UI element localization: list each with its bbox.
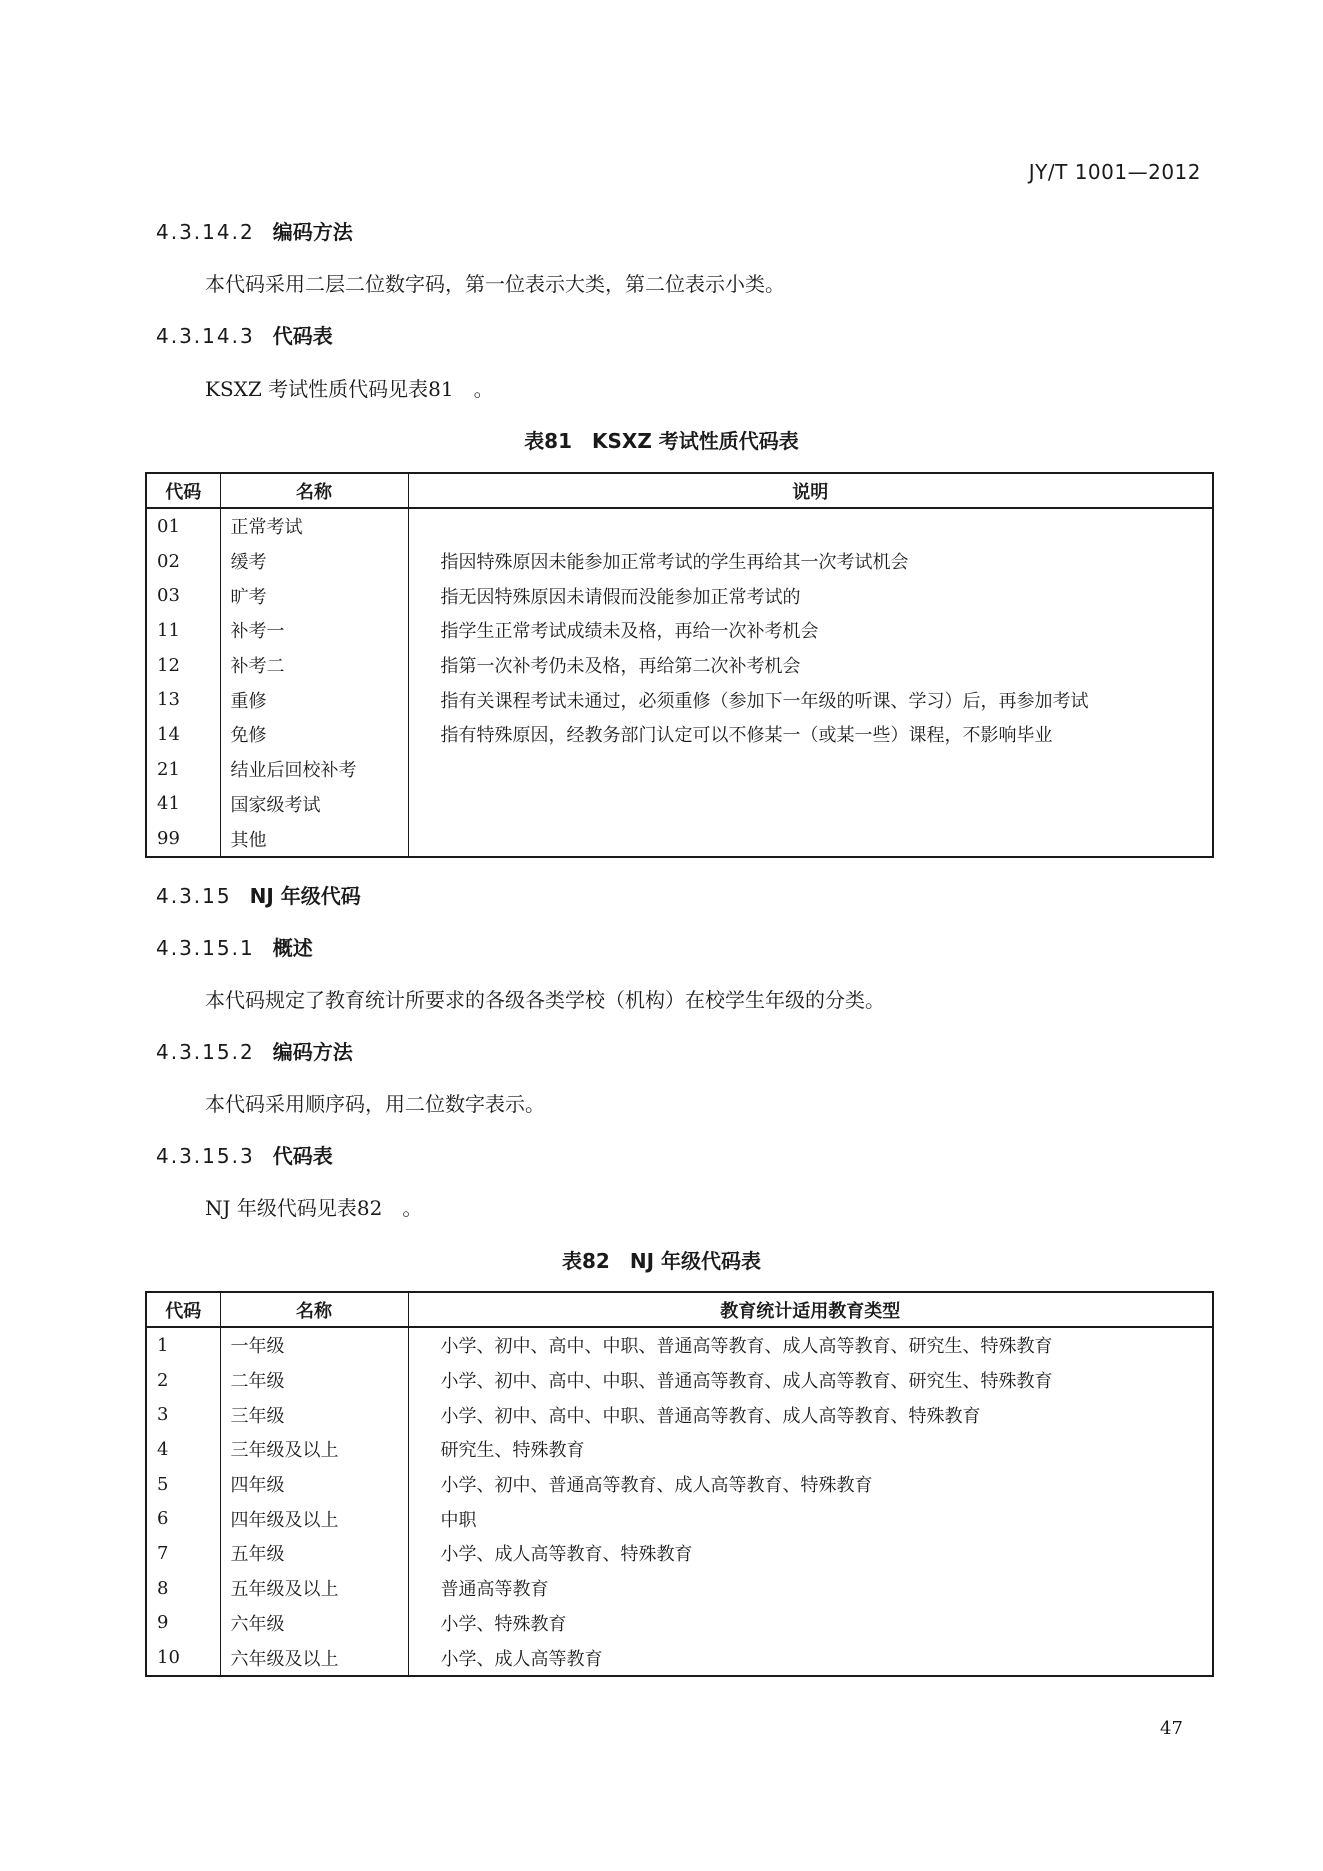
cell-name: 五年级及以上 <box>220 1571 408 1606</box>
paragraph: NJ 年级代码见表82 。 <box>205 1192 422 1221</box>
section-title: 编码方法 <box>273 1040 353 1064</box>
cell-desc: 小学、成人高等教育 <box>408 1640 1213 1676</box>
section-title: 代码表 <box>273 1144 333 1168</box>
cell-code: 21 <box>146 752 220 787</box>
section-title: 编码方法 <box>273 220 353 244</box>
paragraph: 本代码规定了教育统计所要求的各级各类学校（机构）在校学生年级的分类。 <box>205 984 885 1013</box>
section-title: NJ 年级代码 <box>250 884 361 908</box>
cell-desc <box>408 508 1213 544</box>
section-title: 概述 <box>273 936 313 960</box>
cell-code: 99 <box>146 821 220 857</box>
standard-code: JY/T 1001—2012 <box>1029 160 1201 184</box>
column-header-name: 名称 <box>220 1292 408 1327</box>
cell-code: 13 <box>146 682 220 717</box>
cell-name: 免修 <box>220 717 408 752</box>
cell-name: 旷考 <box>220 578 408 613</box>
table-row: 7五年级小学、成人高等教育、特殊教育 <box>146 1536 1213 1571</box>
table-row: 13重修指有关课程考试未通过，必须重修（参加下一年级的听课、学习）后，再参加考试 <box>146 682 1213 717</box>
table-row: 02缓考指因特殊原因未能参加正常考试的学生再给其一次考试机会 <box>146 544 1213 579</box>
section-heading-4-3-14-2: 4.3.14.2编码方法 <box>156 216 353 245</box>
paragraph: KSXZ 考试性质代码见表81 。 <box>205 373 494 402</box>
table-row: 11补考一指学生正常考试成绩未及格，再给一次补考机会 <box>146 613 1213 648</box>
cell-code: 3 <box>146 1397 220 1432</box>
page-number: 47 <box>1160 1718 1183 1739</box>
table-row: 2二年级小学、初中、高中、中职、普通高等教育、成人高等教育、研究生、特殊教育 <box>146 1363 1213 1398</box>
cell-name: 缓考 <box>220 544 408 579</box>
table81-caption: 表81 KSXZ 考试性质代码表 <box>0 425 1323 454</box>
section-heading-4-3-15-1: 4.3.15.1概述 <box>156 932 313 961</box>
table81: 代码 名称 说明 01正常考试 02缓考指因特殊原因未能参加正常考试的学生再给其… <box>145 472 1214 858</box>
column-header-desc: 说明 <box>408 473 1213 508</box>
cell-code: 8 <box>146 1571 220 1606</box>
table-row: 6四年级及以上中职 <box>146 1501 1213 1536</box>
cell-name: 六年级 <box>220 1606 408 1641</box>
table-row: 8五年级及以上普通高等教育 <box>146 1571 1213 1606</box>
cell-code: 01 <box>146 508 220 544</box>
cell-code: 03 <box>146 578 220 613</box>
cell-code: 5 <box>146 1467 220 1502</box>
cell-name: 补考一 <box>220 613 408 648</box>
cell-desc: 普通高等教育 <box>408 1571 1213 1606</box>
table-row: 14免修指有特殊原因，经教务部门认定可以不修某一（或某一些）课程，不影响毕业 <box>146 717 1213 752</box>
paragraph: 本代码采用二层二位数字码，第一位表示大类，第二位表示小类。 <box>205 268 785 297</box>
cell-desc <box>408 752 1213 787</box>
cell-name: 四年级 <box>220 1467 408 1502</box>
cell-code: 7 <box>146 1536 220 1571</box>
cell-desc <box>408 821 1213 857</box>
cell-desc: 指学生正常考试成绩未及格，再给一次补考机会 <box>408 613 1213 648</box>
cell-desc: 指第一次补考仍未及格，再给第二次补考机会 <box>408 648 1213 683</box>
cell-code: 1 <box>146 1327 220 1363</box>
cell-name: 一年级 <box>220 1327 408 1363</box>
table82: 代码 名称 教育统计适用教育类型 1一年级小学、初中、高中、中职、普通高等教育、… <box>145 1291 1214 1677</box>
section-heading-4-3-15-2: 4.3.15.2编码方法 <box>156 1036 353 1065</box>
cell-name: 三年级 <box>220 1397 408 1432</box>
section-heading-4-3-15-3: 4.3.15.3代码表 <box>156 1140 333 1169</box>
cell-name: 五年级 <box>220 1536 408 1571</box>
section-number: 4.3.15.3 <box>156 1144 255 1168</box>
table-row: 01正常考试 <box>146 508 1213 544</box>
table-row: 4三年级及以上研究生、特殊教育 <box>146 1432 1213 1467</box>
cell-name: 三年级及以上 <box>220 1432 408 1467</box>
cell-desc: 指有关课程考试未通过，必须重修（参加下一年级的听课、学习）后，再参加考试 <box>408 682 1213 717</box>
cell-desc: 小学、初中、高中、中职、普通高等教育、成人高等教育、研究生、特殊教育 <box>408 1327 1213 1363</box>
table-row: 21结业后回校补考 <box>146 752 1213 787</box>
cell-name: 重修 <box>220 682 408 717</box>
section-number: 4.3.15.1 <box>156 936 255 960</box>
table-header-row: 代码 名称 说明 <box>146 473 1213 508</box>
cell-name: 其他 <box>220 821 408 857</box>
cell-desc: 研究生、特殊教育 <box>408 1432 1213 1467</box>
table-header-row: 代码 名称 教育统计适用教育类型 <box>146 1292 1213 1327</box>
cell-desc: 指无因特殊原因未请假而没能参加正常考试的 <box>408 578 1213 613</box>
table-row: 99其他 <box>146 821 1213 857</box>
table-row: 5四年级小学、初中、普通高等教育、成人高等教育、特殊教育 <box>146 1467 1213 1502</box>
section-number: 4.3.14.3 <box>156 324 255 348</box>
cell-code: 14 <box>146 717 220 752</box>
cell-desc: 小学、特殊教育 <box>408 1606 1213 1641</box>
cell-desc: 小学、成人高等教育、特殊教育 <box>408 1536 1213 1571</box>
table-row: 3三年级小学、初中、高中、中职、普通高等教育、成人高等教育、特殊教育 <box>146 1397 1213 1432</box>
cell-code: 12 <box>146 648 220 683</box>
table-row: 10六年级及以上小学、成人高等教育 <box>146 1640 1213 1676</box>
section-heading-4-3-15: 4.3.15NJ 年级代码 <box>156 880 361 909</box>
table-row: 41国家级考试 <box>146 787 1213 822</box>
table-row: 1一年级小学、初中、高中、中职、普通高等教育、成人高等教育、研究生、特殊教育 <box>146 1327 1213 1363</box>
column-header-name: 名称 <box>220 473 408 508</box>
cell-code: 10 <box>146 1640 220 1676</box>
table82-caption: 表82 NJ 年级代码表 <box>0 1245 1323 1274</box>
cell-name: 四年级及以上 <box>220 1501 408 1536</box>
section-number: 4.3.14.2 <box>156 220 255 244</box>
cell-desc: 小学、初中、普通高等教育、成人高等教育、特殊教育 <box>408 1467 1213 1502</box>
table-row: 03旷考指无因特殊原因未请假而没能参加正常考试的 <box>146 578 1213 613</box>
cell-desc: 中职 <box>408 1501 1213 1536</box>
cell-name: 二年级 <box>220 1363 408 1398</box>
column-header-code: 代码 <box>146 1292 220 1327</box>
cell-desc: 小学、初中、高中、中职、普通高等教育、成人高等教育、研究生、特殊教育 <box>408 1363 1213 1398</box>
cell-code: 4 <box>146 1432 220 1467</box>
cell-desc: 指因特殊原因未能参加正常考试的学生再给其一次考试机会 <box>408 544 1213 579</box>
column-header-code: 代码 <box>146 473 220 508</box>
cell-code: 41 <box>146 787 220 822</box>
column-header-desc: 教育统计适用教育类型 <box>408 1292 1213 1327</box>
cell-desc: 小学、初中、高中、中职、普通高等教育、成人高等教育、特殊教育 <box>408 1397 1213 1432</box>
section-title: 代码表 <box>273 324 333 348</box>
table-row: 12补考二指第一次补考仍未及格，再给第二次补考机会 <box>146 648 1213 683</box>
section-number: 4.3.15.2 <box>156 1040 255 1064</box>
section-heading-4-3-14-3: 4.3.14.3代码表 <box>156 320 333 349</box>
paragraph: 本代码采用顺序码，用二位数字表示。 <box>205 1088 545 1117</box>
cell-code: 02 <box>146 544 220 579</box>
cell-code: 6 <box>146 1501 220 1536</box>
cell-code: 11 <box>146 613 220 648</box>
cell-desc: 指有特殊原因，经教务部门认定可以不修某一（或某一些）课程，不影响毕业 <box>408 717 1213 752</box>
table-row: 9六年级小学、特殊教育 <box>146 1606 1213 1641</box>
cell-code: 2 <box>146 1363 220 1398</box>
cell-code: 9 <box>146 1606 220 1641</box>
cell-name: 补考二 <box>220 648 408 683</box>
cell-name: 六年级及以上 <box>220 1640 408 1676</box>
cell-name: 正常考试 <box>220 508 408 544</box>
section-number: 4.3.15 <box>156 884 232 908</box>
cell-name: 结业后回校补考 <box>220 752 408 787</box>
cell-name: 国家级考试 <box>220 787 408 822</box>
cell-desc <box>408 787 1213 822</box>
